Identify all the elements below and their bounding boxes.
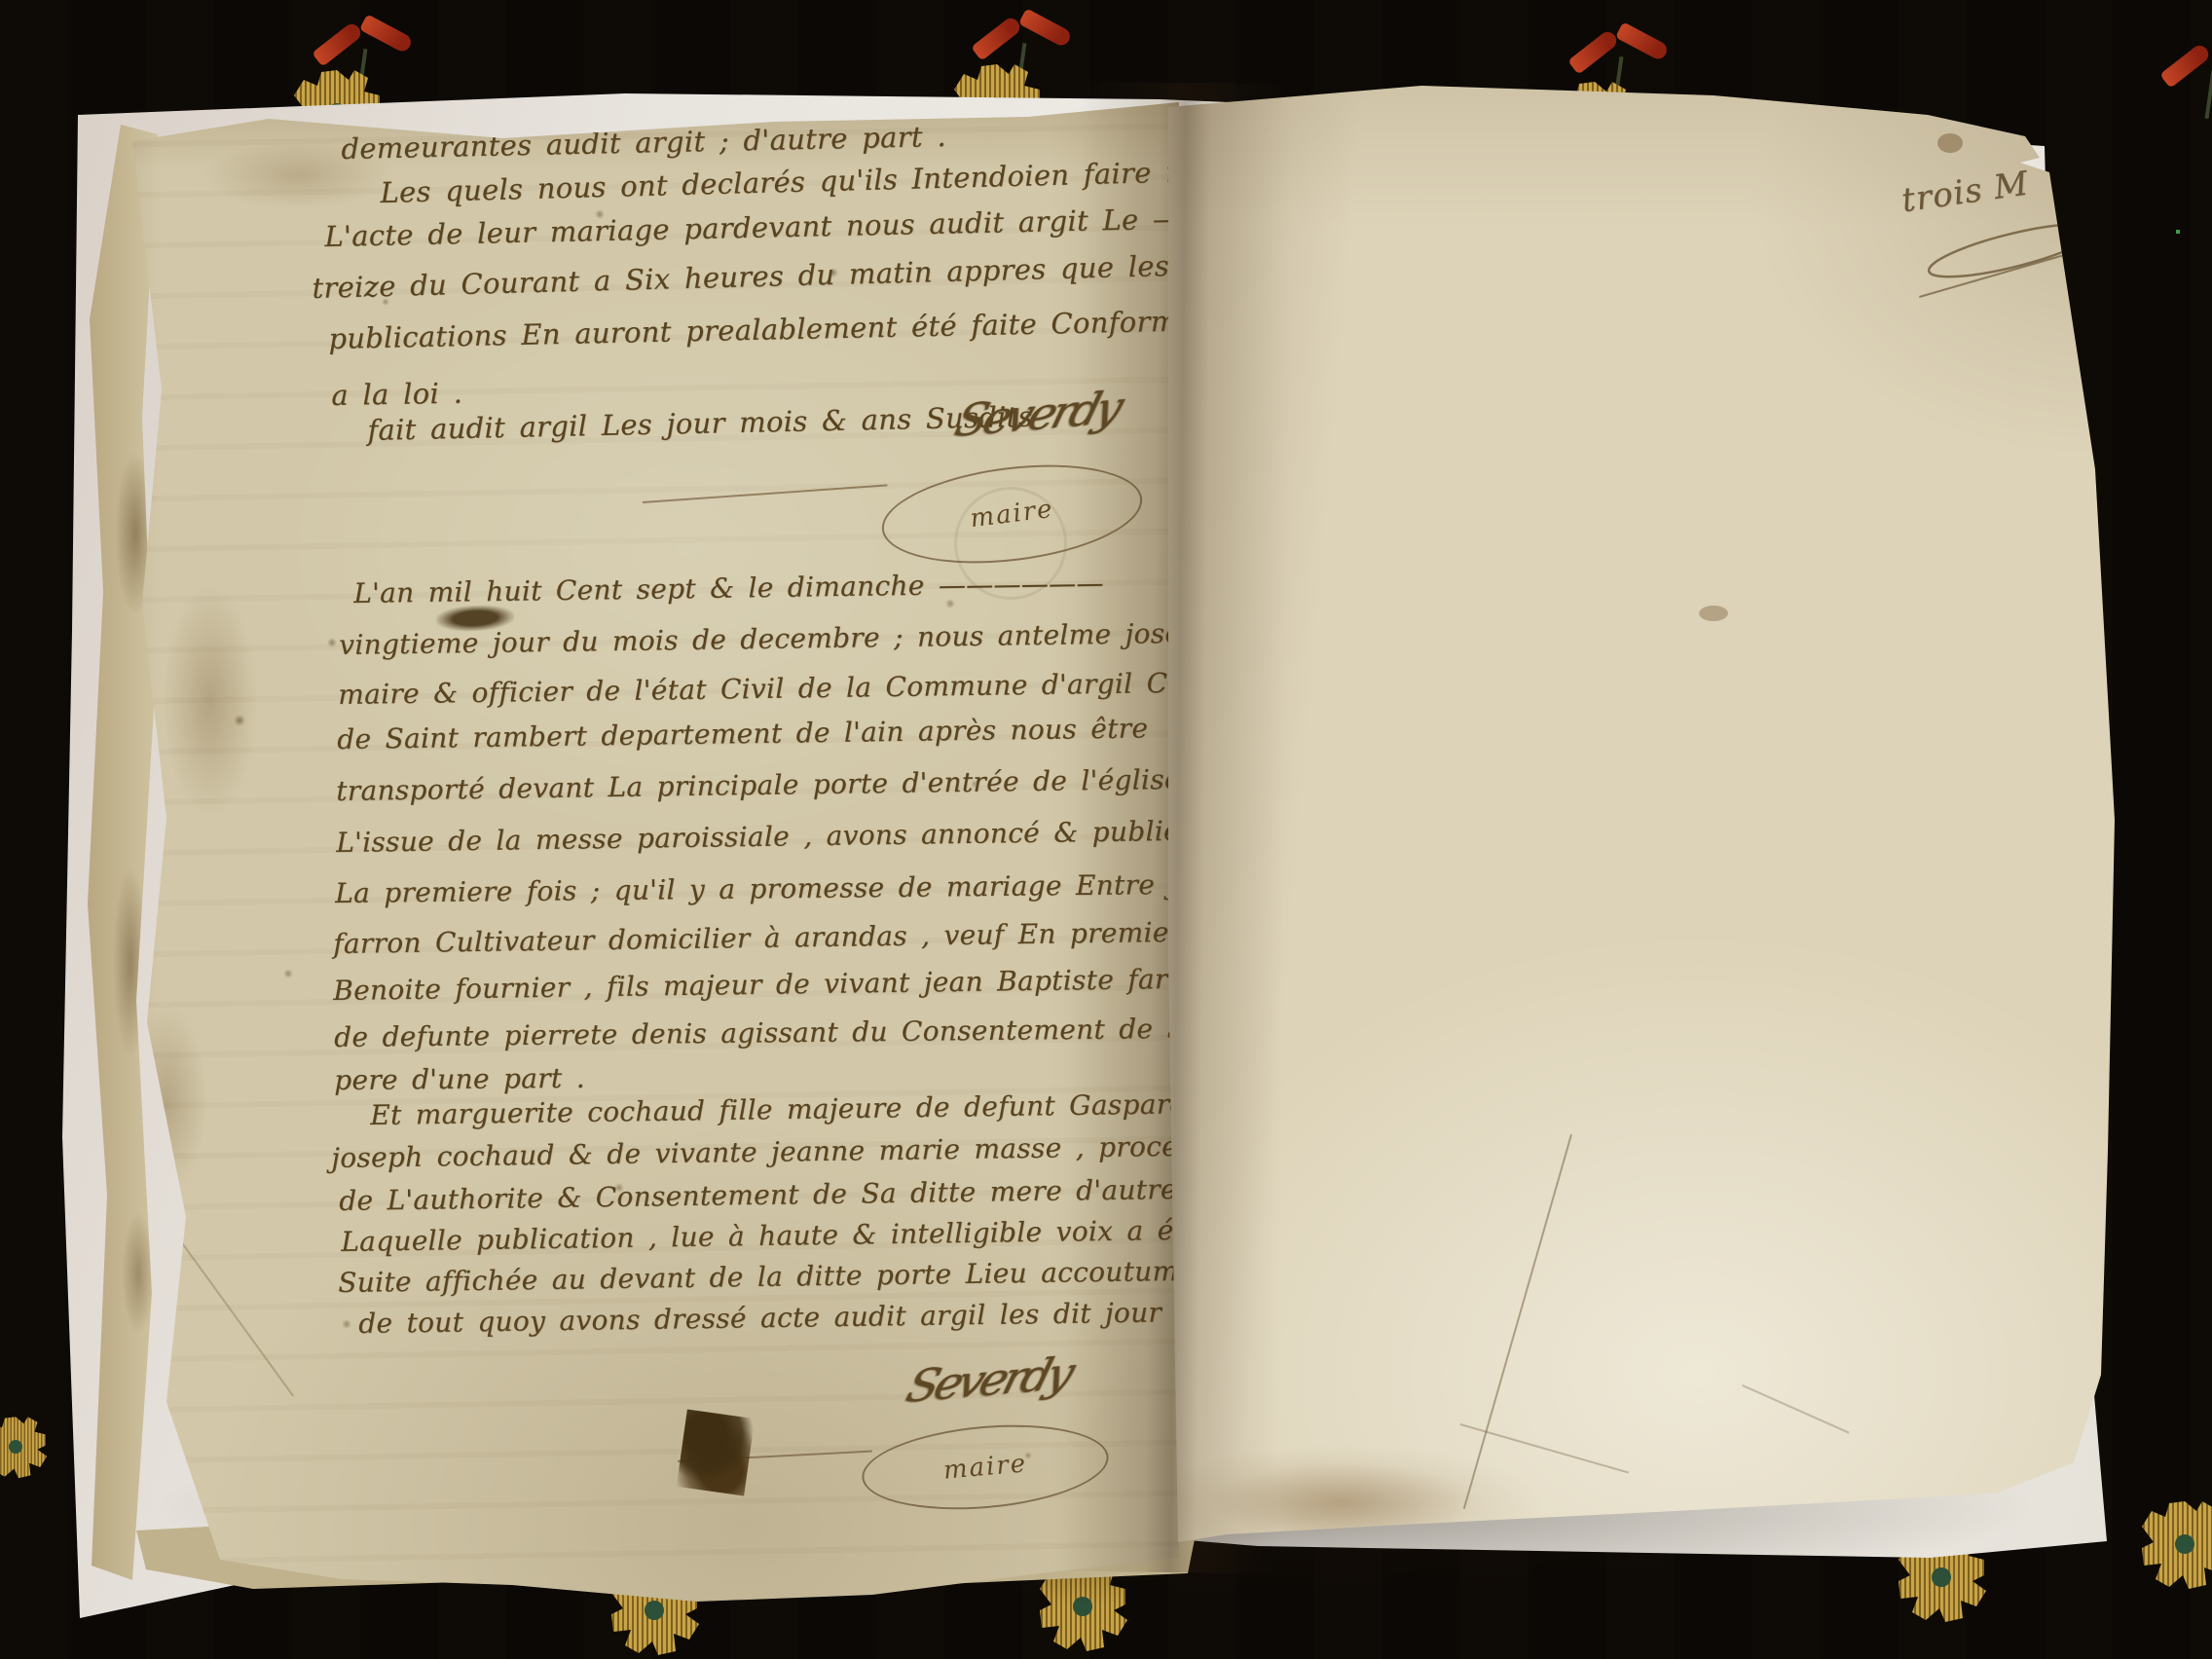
manuscript-line: treize du Courant a Six heures du matin …: [312, 248, 1169, 306]
paper-stain: [1699, 606, 1728, 621]
left-page: demeurantes audit argit ; d'autre part .…: [93, 97, 1179, 1602]
mayor-signature: Severdy: [949, 381, 1125, 447]
mayor-signature: Severdy: [901, 1346, 1077, 1413]
manuscript-line: de tout quoy avons dressé acte audit arg…: [358, 1294, 1248, 1342]
right-page: trois M: [1168, 80, 2132, 1550]
ink-blot: [677, 1410, 755, 1496]
page-crease: [1459, 1423, 1629, 1474]
manuscript-line: transporté devant La principale porte d'…: [336, 761, 1211, 809]
manuscript-line: L'issue de la messe paroissiale , avons …: [336, 813, 1260, 861]
photo-scene: demeurantes audit argit ; d'autre part .…: [0, 0, 2212, 1659]
page-crease: [1742, 1384, 1849, 1434]
signature-title-oval: maire: [859, 1416, 1112, 1519]
manuscript-line: de defunte pierrete denis agissant du Co…: [334, 1011, 1272, 1055]
paper-stain: [1937, 133, 1963, 153]
manuscript-line: pere d'une part .: [334, 1061, 585, 1098]
manuscript-line: de Saint rambert departement de l'ain ap…: [337, 711, 1148, 757]
manuscript-dateline: fait audit argil Les jour mois & ans Sus…: [367, 399, 1033, 448]
manuscript-line: joseph cochaud & de vivante jeanne marie…: [331, 1128, 1258, 1176]
manuscript-line: publications En auront prealablement été…: [328, 302, 1269, 356]
red-petal: [1615, 21, 1670, 61]
red-flower-icon: [2157, 27, 2212, 144]
manuscript-line: a la loi .: [331, 376, 462, 413]
camera-artifact-dot: [2176, 230, 2180, 234]
red-petal: [1567, 28, 1620, 74]
manuscript-line: L'an mil huit Cent sept & le dimanche ——…: [353, 566, 1104, 611]
manuscript-line: Suite affichée au devant de la ditte por…: [338, 1253, 1218, 1301]
red-petal: [312, 20, 364, 66]
red-petal: [2159, 42, 2212, 88]
signature-flourish: [643, 484, 888, 503]
red-petal: [359, 14, 414, 54]
manuscript-line: Benoite fournier , fils majeur de vivant…: [333, 961, 1254, 1009]
manuscript-line: Laquelle publication , lue à haute & int…: [341, 1212, 1249, 1260]
manuscript-line: maire & officier de l'état Civil de la C…: [338, 665, 1248, 713]
flower-stem: [2205, 70, 2212, 119]
gold-flower-icon: [0, 1416, 47, 1478]
red-petal: [971, 15, 1023, 60]
red-petal: [1018, 8, 1073, 48]
signature-title: maire: [942, 1449, 1029, 1485]
gold-flower-icon: [2140, 1499, 2212, 1589]
manuscript-line: de L'authorite & Consentement de Sa ditt…: [339, 1171, 1273, 1219]
